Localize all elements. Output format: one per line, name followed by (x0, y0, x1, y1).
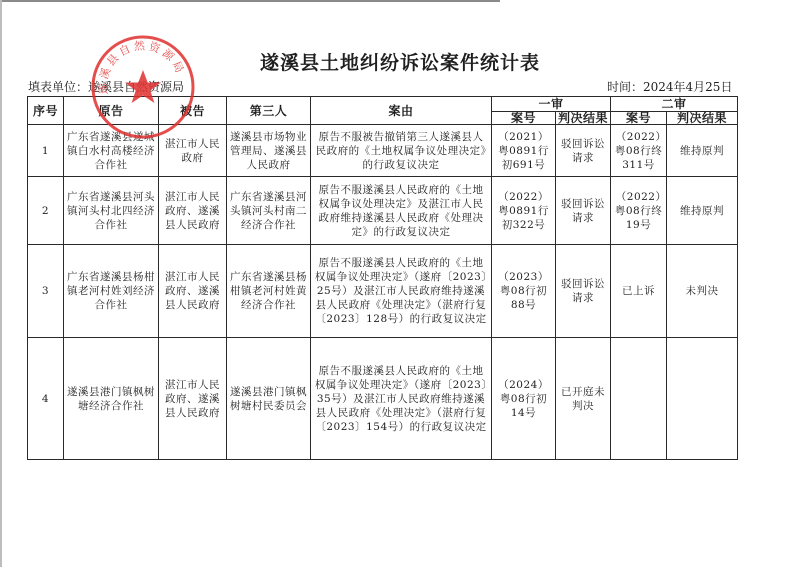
cell-first-verdict: 驳回诉讼请求 (556, 245, 611, 338)
cell-plaintiff: 遂溪县港门镇枫树塘经济合作社 (64, 338, 159, 460)
cell-second-verdict: 未判决 (667, 245, 738, 338)
cell-seq: 1 (28, 125, 64, 177)
header-defendant: 被告 (159, 97, 227, 125)
cell-third-party: 遂溪县港门镇枫树塘村民委员会 (227, 338, 311, 460)
page-edge-top (0, 0, 500, 2)
table-row: 3 广东省遂溪县杨柑镇老河村姓刘经济合作社 湛江市人民政府、遂溪县人民政府 广东… (28, 245, 738, 338)
header-first-case-no: 案号 (492, 112, 556, 125)
document-title: 遂溪县土地纠纷诉讼案件统计表 (0, 48, 800, 75)
cell-third-party: 广东省遂溪县杨柑镇老河村姓黄经济合作社 (227, 245, 311, 338)
cell-third-party: 广东省遂溪县河头镇河头村南二经济合作社 (227, 177, 311, 245)
cell-first-verdict: 驳回诉讼请求 (556, 125, 611, 177)
cell-second-verdict: 维持原判 (667, 177, 738, 245)
header-second-case-no: 案号 (611, 112, 667, 125)
page-edge-left (0, 0, 2, 567)
cell-second-case-no (611, 338, 667, 460)
header-plaintiff: 原告 (64, 97, 159, 125)
header-seq: 序号 (28, 97, 64, 125)
cell-defendant: 湛江市人民政府、遂溪县人民政府 (159, 338, 227, 460)
header-second-verdict: 判决结果 (667, 112, 738, 125)
cell-second-verdict (667, 338, 738, 460)
cell-cause: 原告不服遂溪县人民政府的《土地权属争议处理决定》（遂府〔2023〕35号）及湛江… (311, 338, 492, 460)
cell-first-case-no: （2021）粤0891行初691号 (492, 125, 556, 177)
cell-cause: 原告不服被告撤销第三人遂溪县人民政府的《土地权属争议处理决定》的行政复议决定 (311, 125, 492, 177)
cell-plaintiff: 广东省遂溪县杨柑镇老河村姓刘经济合作社 (64, 245, 159, 338)
cell-second-verdict: 维持原判 (667, 125, 738, 177)
header-cause: 案由 (311, 97, 492, 125)
table-row: 4 遂溪县港门镇枫树塘经济合作社 湛江市人民政府、遂溪县人民政府 遂溪县港门镇枫… (28, 338, 738, 460)
cell-seq: 4 (28, 338, 64, 460)
header-third-party: 第三人 (227, 97, 311, 125)
cell-defendant: 湛江市人民政府、遂溪县人民政府 (159, 245, 227, 338)
cell-cause: 原告不服遂溪县人民政府的《土地权属争议处理决定》（遂府〔2023〕25号）及湛江… (311, 245, 492, 338)
cell-first-verdict: 驳回诉讼请求 (556, 177, 611, 245)
header-first-verdict: 判决结果 (556, 112, 611, 125)
cell-first-case-no: （2024）粤08行初14号 (492, 338, 556, 460)
cell-second-case-no: （2022）粤08行终311号 (611, 125, 667, 177)
report-date: 时间：2024年4月25日 (607, 78, 732, 95)
cell-defendant: 湛江市人民政府 (159, 125, 227, 177)
header-row-1: 序号 原告 被告 第三人 案由 一审 二审 (28, 97, 738, 112)
cell-second-case-no: 已上诉 (611, 245, 667, 338)
header-second-instance: 二审 (611, 97, 738, 112)
reporting-unit: 填表单位：遂溪县自然资源局 (28, 78, 184, 95)
cell-first-case-no: （2022）粤0891行初322号 (492, 177, 556, 245)
table-row: 2 广东省遂溪县河头镇河头村北四经济合作社 湛江市人民政府、遂溪县人民政府 广东… (28, 177, 738, 245)
cell-seq: 2 (28, 177, 64, 245)
cell-plaintiff: 广东省遂溪县河头镇河头村北四经济合作社 (64, 177, 159, 245)
cell-first-case-no: （2023）粤08行初88号 (492, 245, 556, 338)
cell-plaintiff: 广东省遂溪县遂城镇白水村高楼经济合作社 (64, 125, 159, 177)
cell-cause: 原告不服遂溪县人民政府的《土地权属争议处理决定》及湛江市人民政府维持遂溪县人民政… (311, 177, 492, 245)
cell-third-party: 遂溪县市场物业管理局、遂溪县人民政府 (227, 125, 311, 177)
table-row: 1 广东省遂溪县遂城镇白水村高楼经济合作社 湛江市人民政府 遂溪县市场物业管理局… (28, 125, 738, 177)
cell-second-case-no: （2022）粤08行终19号 (611, 177, 667, 245)
cell-first-verdict: 已开庭未判决 (556, 338, 611, 460)
cell-seq: 3 (28, 245, 64, 338)
header-first-instance: 一审 (492, 97, 611, 112)
litigation-stats-table: 序号 原告 被告 第三人 案由 一审 二审 案号 判决结果 案号 判决结果 1 … (27, 96, 738, 460)
cell-defendant: 湛江市人民政府、遂溪县人民政府 (159, 177, 227, 245)
